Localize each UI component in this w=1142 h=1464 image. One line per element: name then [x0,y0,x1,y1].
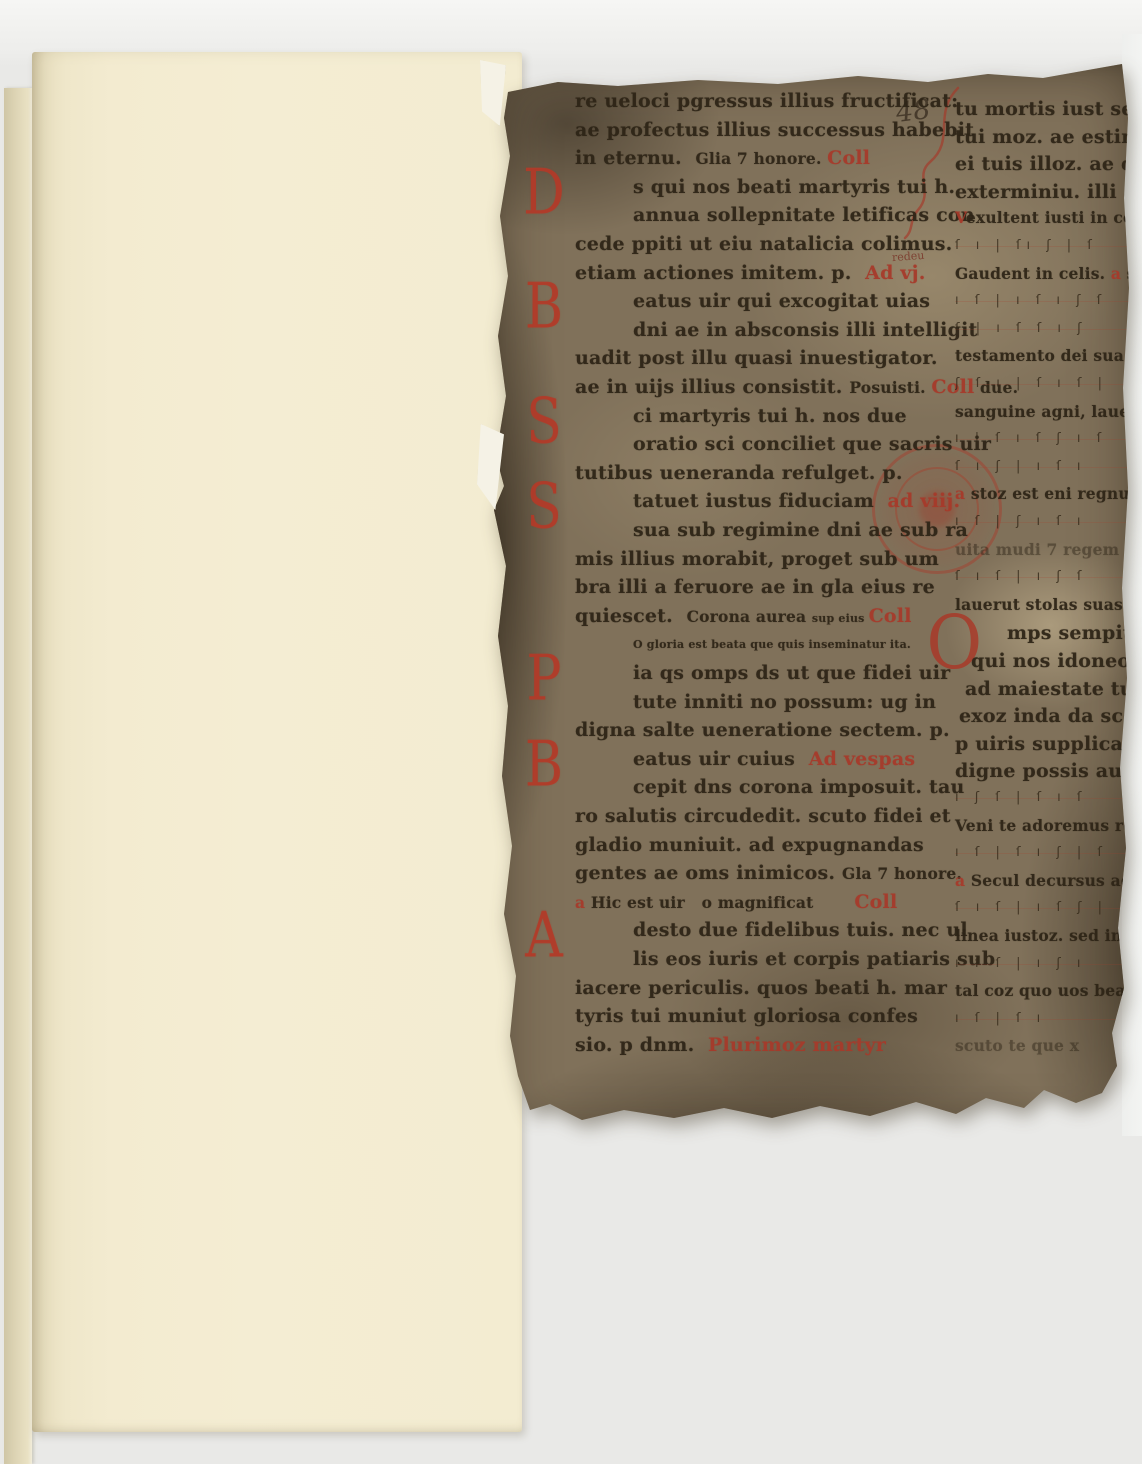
ink-segment: sua sub regimine dni ae sub ra [633,519,968,541]
ink-segment: cede ppiti ut eiu natalicia colimus. [575,233,952,255]
neume-line: ſ | ı ſ ſ ı ʃ [955,321,1131,336]
ink-segment: scuto te que x [955,1036,1079,1055]
text-line: iacere periculis. quos beati h. mar [575,979,947,998]
ink-segment: in eternu. [575,147,695,169]
text-line: exterminiu. illi au [955,183,1142,202]
ink-segment: gladio muniuit. ad expugnandas [575,834,924,856]
ink-segment: qui nos idoneos u [971,650,1142,672]
text-line: digne possis audiri [955,762,1142,781]
ink-segment: sanguine agni, lauerut [955,402,1142,421]
rubric-segment: Coll [827,147,870,169]
ink-segment: Gaudent in celis. [955,264,1111,283]
neume-line: ı | ſ ı ſ ʃ ı ſ [955,431,1131,446]
neume-line: ı ʃ ſ | ſ ı ſ [955,790,1131,805]
rubric-segment: a [955,484,971,503]
text-line: in eternu. Glia 7 honore. Coll [575,149,870,168]
text-line: ei tuis illoz. ae qd. [955,155,1142,174]
ink-segment: desto due fidelibus tuis. nec ul [633,919,968,941]
ink-segment: p uiris supplicare p [955,733,1142,755]
neume-line: ſ ı ſ | ı ʃ ſ [955,569,1131,584]
parchment-leaf: 48 redeu O re ueloci pgressus illius fru… [488,58,1142,1150]
ink-segment: ci martyris tui h. nos due [633,405,907,427]
ink-segment: digne possis audiri [955,760,1142,782]
drop-initial: P [518,651,570,707]
ink-segment: tutibus ueneranda refulget. p. [575,462,903,484]
text-line: a Secul decursus aquaru p [955,873,1142,889]
ink-segment: lis eos iuris et corpis patiaris sub [633,948,995,970]
text-line: eatus uir qui excogitat uias [633,292,930,311]
ink-segment: O gloria est beata que quis inseminatur … [633,638,911,651]
manuscript-photo: 48 redeu O re ueloci pgressus illius fru… [0,0,1142,1464]
drop-initial: S [518,480,570,536]
text-line: uadit post illu quasi inuestigator. [575,349,938,368]
text-line: oratio sci conciliet que sacris uir [633,435,991,454]
ink-segment: sci fi [1127,264,1142,283]
text-line: Gaudent in celis. a sci fi [955,266,1142,282]
ink-segment: Gla 7 honore. [842,864,962,883]
neume-line: ı ſ | ʃ ı ſ ı [955,514,1131,529]
ink-segment: exterminiu. illi au [955,181,1142,203]
ink-segment: linea iustoz. sed in lege [955,926,1142,945]
ink-segment: oratio sci conciliet que sacris uir [633,433,991,455]
text-line: dni ae in absconsis illi intelligit [633,321,977,340]
rubric-segment: Coll [869,605,912,627]
ink-segment: bra illi a feruore ae in gla eius re [575,576,935,598]
ink-segment: uita mudi 7 regem et [955,540,1142,559]
ink-segment: eatus uir qui excogitat uias [633,290,930,312]
neume-line: ı ſ | ſ ı [955,1011,1131,1026]
ink-segment: tu mortis iust se [955,98,1134,120]
rubric-segment: Ad vespas [809,748,916,770]
text-line: linea iustoz. sed in lege [955,928,1142,944]
text-line: tyris tui muniut gloriosa confes [575,1007,918,1026]
neume-line: ſ ı ſ | ı ſ ʃ | [955,900,1131,915]
ink-segment: gentes ae oms inimicos. [575,862,842,884]
ink-segment: ro salutis circudedit. scuto fidei et [575,805,951,827]
ink-segment: etiam actiones imitem. p. [575,262,865,284]
text-line: gentes ae oms inimicos. Gla 7 honore. [575,864,962,883]
text-line: ae profectus illius successus habebit [575,121,974,140]
rubric-segment: a [955,871,971,890]
ink-segment: s qui nos beati martyris tui h. [633,176,955,198]
rubric-segment: a [575,893,591,912]
text-line: exoz inda da scos n [959,707,1142,726]
ink-segment: digna salte ueneratione sectem. p. [575,719,950,741]
ink-segment: tatuet iustus fiduciam [633,490,888,512]
text-line: quiescet. Corona aurea sup eius Coll [575,607,912,626]
ink-segment: dni ae in absconsis illi intelligit [633,319,977,341]
text-line: annua sollepnitate letificas con [633,206,975,225]
text-line: tute inniti no possum: ug in [633,693,936,712]
text-line: etiam actiones imitem. p. Ad vj. [575,264,926,283]
neume-line: ı ſ | ſ ı ʃ | ſ [955,845,1131,860]
text-line: re ueloci pgressus illius fructificat: [575,92,958,111]
text-line: sua sub regimine dni ae sub ra [633,521,968,540]
drop-initial: S [518,394,570,450]
flyleaf-under-edge [4,88,32,1464]
ink-segment: testamento dei sua copa [955,346,1142,365]
ink-segment: tyris tui muniut gloriosa confes [575,1005,918,1027]
text-line: digna salte ueneratione sectem. p. [575,721,950,740]
ink-segment: ae in uijs illius consistit. [575,376,849,398]
flyleaf-page [32,52,522,1432]
ink-segment: tal coz quo uos beam [955,981,1142,1000]
text-line: p uiris supplicare p [955,735,1142,754]
parchment-shadow-wrap: 48 redeu O re ueloci pgressus illius fru… [488,58,1142,1150]
text-line: mis illius morabit, proget sub um [575,550,939,569]
text-line: eatus uir cuius Ad vespas [633,750,915,769]
ink-segment: tute inniti no possum: ug in [633,691,936,713]
text-line: lauerut stolas suas fa [955,597,1142,613]
ink-segment: Secul decursus aquaru p [971,871,1142,890]
ink-segment: uadit post illu quasi inuestigator. [575,347,938,369]
drop-initial: A [518,909,570,965]
ink-segment: exoz inda da scos n [959,705,1142,727]
ink-segment: annua sollepnitate letificas con [633,204,975,226]
text-line: qui nos idoneos u [971,652,1142,671]
ink-segment: mps sempit deu [1007,622,1142,644]
text-line: uita mudi 7 regem et [955,542,1142,558]
ink-segment: exultent iusti in conspe [966,208,1142,227]
ink-segment: ei tuis illoz. ae qd. [955,153,1142,175]
text-line: s qui nos beati martyris tui h. [633,178,955,197]
text-line: a Hic est uir o magnificat Coll [575,893,897,912]
ink-segment: Posuisti. [849,378,931,397]
ink-segment: sio. p dnm. [575,1034,708,1056]
rubric-segment: Ad vj. [865,262,925,284]
text-line: tu mortis iust se [955,100,1134,119]
text-line: Vexultent iusti in conspe [955,210,1142,226]
neume-line: ı ſ ſ | ı ʃ ı [955,956,1131,971]
text-line: gladio muniuit. ad expugnandas [575,836,924,855]
ink-segment: quiescet. [575,605,687,627]
ink-segment: ad maiestate tua [965,678,1142,700]
ink-segment: ae profectus illius successus habebit [575,119,974,141]
neume-line: ı ſ | ı ſ ı ʃ ſ [955,293,1131,308]
rubric-segment: a [1111,264,1127,283]
ink-segment: mis illius morabit, proget sub um [575,548,939,570]
text-line: O gloria est beata que quis inseminatur … [633,635,911,651]
text-line: cede ppiti ut eiu natalicia colimus. [575,235,952,254]
text-line: tutibus ueneranda refulget. p. [575,464,903,483]
ink-segment: sup eius [812,612,869,625]
text-line: tatuet iustus fiduciam ad viij. [633,492,960,511]
text-line: scuto te que x [955,1038,1079,1054]
text-line: ae in uijs illius consistit. Posuisti. C… [575,378,1018,397]
text-line: desto due fidelibus tuis. nec ul [633,921,968,940]
text-line: testamento dei sua copa [955,348,1142,364]
ink-segment: tui moz. ae estima [955,126,1142,148]
text-line: ci martyris tui h. nos due [633,407,907,426]
rubric-segment: ad viij. [888,490,961,512]
text-line: sio. p dnm. Plurimoz martyr [575,1036,886,1055]
text-line: ia qs omps ds ut que fidei uir [633,664,950,683]
text-line: tui moz. ae estima [955,128,1142,147]
neume-line: ſ ı ʃ | ı ſ ı [955,459,1131,474]
neume-line: ſ ı | ſı ʃ | ſ [955,238,1131,253]
ink-segment: cepit dns corona imposuit. tau [633,776,965,798]
drop-initial: B [518,280,570,336]
text-line: a stoz est eni regnu cele [955,486,1142,502]
rubric-segment: V [955,208,966,227]
ink-segment: Glia 7 honore. [695,149,827,168]
ink-segment: lauerut stolas suas fa [955,595,1142,614]
neume-line: ʃ ſ ı | ſ ı ſ | [955,376,1131,391]
rubric-segment: Coll [813,891,897,913]
ink-segment: ia qs omps ds ut que fidei uir [633,662,950,684]
rubric-segment: Plurimoz martyr [708,1034,886,1056]
ink-segment: re ueloci pgressus illius fructificat: [575,90,958,112]
ink-segment: Hic est uir o magnificat [591,893,814,912]
drop-initial: B [518,737,570,793]
text-line: bra illi a feruore ae in gla eius re [575,578,935,597]
text-line: lis eos iuris et corpis patiaris sub [633,950,995,969]
text-line: ro salutis circudedit. scuto fidei et [575,807,951,826]
text-line: cepit dns corona imposuit. tau [633,778,965,797]
text-line: tal coz quo uos beam [955,983,1142,999]
text-line: ad maiestate tua [965,680,1142,699]
ink-segment: eatus uir cuius [633,748,809,770]
drop-initial: D [518,165,570,221]
text-line: sanguine agni, lauerut [955,404,1142,420]
ink-segment: Corona aurea [687,607,812,626]
ink-segment: iacere periculis. quos beati h. mar [575,977,947,999]
text-line: Veni te adoremus rege [955,818,1142,834]
text-line: mps sempit deu [1007,624,1142,643]
ink-segment: Veni te adoremus rege [955,816,1142,835]
ink-segment: stoz est eni regnu cele [971,484,1142,503]
